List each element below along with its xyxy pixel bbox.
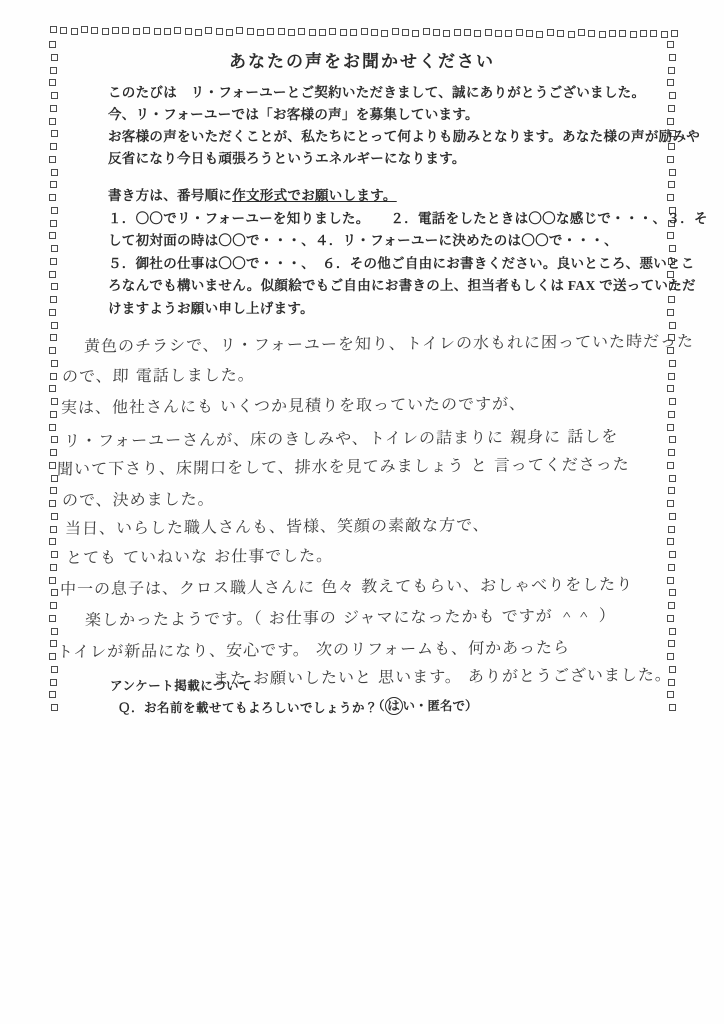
border-square [668, 373, 675, 380]
border-square [412, 30, 419, 37]
border-square [247, 28, 254, 35]
border-square [49, 424, 56, 431]
border-square [392, 28, 399, 35]
border-square [50, 373, 57, 380]
border-square [371, 29, 378, 36]
border-square [329, 28, 336, 35]
border-square [216, 28, 223, 35]
border-square [667, 615, 674, 622]
border-square [668, 640, 675, 647]
border-square [51, 207, 58, 214]
intro-line: お客様の声をいただくことが、私たちにとって何よりも励みとなります。あなた様の声が… [108, 126, 628, 148]
border-square [49, 691, 56, 698]
border-square [49, 385, 56, 392]
border-square [50, 26, 57, 33]
border-square [667, 653, 674, 660]
border-square [669, 513, 676, 520]
border-square [668, 105, 675, 112]
border-square [609, 30, 616, 37]
border-square [630, 31, 637, 38]
handwritten-line: 楽しかったようです。（ お仕事の ジャマになったかも ですが ＾＾ ） [85, 603, 616, 631]
border-square [667, 118, 674, 125]
border-square [195, 29, 202, 36]
border-square [667, 462, 674, 469]
border-square [133, 28, 140, 35]
border-square [257, 29, 264, 36]
border-square [288, 29, 295, 36]
border-square [236, 27, 243, 34]
handwritten-line: また お願いしたいと 思います。 ありがとうございました。 [213, 662, 673, 689]
border-square [667, 577, 674, 584]
border-square [667, 424, 674, 431]
border-square [112, 27, 119, 34]
border-square [49, 538, 56, 545]
border-square [267, 28, 274, 35]
border-square [474, 30, 481, 37]
border-square [526, 30, 533, 37]
border-square [51, 92, 58, 99]
border-square [143, 27, 150, 34]
border-square [49, 653, 56, 660]
border-square [50, 564, 57, 571]
border-square [667, 79, 674, 86]
border-square [485, 29, 492, 36]
border-square [423, 28, 430, 35]
border-square [568, 31, 575, 38]
instructions-line: １．〇〇でリ・フォーユーを知りました。 ２．電話をしたときは〇〇な感じで・・・、… [108, 208, 628, 231]
instructions-lead-underlined: 作文形式でお願いします。 [232, 188, 397, 203]
border-square [49, 232, 56, 239]
border-square [454, 29, 461, 36]
border-square [50, 640, 57, 647]
border-square [50, 220, 57, 227]
form-title: あなたの声をお聞かせください [0, 47, 724, 72]
handwritten-line: 実は、他社さんにも いくつか見積りを取っていたのですが、 [61, 391, 527, 418]
border-square [667, 385, 674, 392]
border-square [619, 30, 626, 37]
border-square [278, 28, 285, 35]
border-square [205, 27, 212, 34]
border-square [51, 360, 58, 367]
border-square [599, 31, 606, 38]
border-square [51, 551, 58, 558]
border-square [443, 30, 450, 37]
border-square [464, 29, 471, 36]
border-square [49, 194, 56, 201]
border-square [51, 589, 58, 596]
survey-publication-label: アンケート掲載について [110, 676, 252, 694]
border-square [50, 411, 57, 418]
border-square [661, 31, 668, 38]
border-square [557, 30, 564, 37]
border-square [51, 513, 58, 520]
intro-line: 反省になり今日も頑張ろうというエネルギーになります。 [108, 148, 628, 170]
border-square [49, 309, 56, 316]
border-square [49, 156, 56, 163]
border-square [669, 589, 676, 596]
instructions-paragraph: 書き方は、番号順に作文形式でお願いします。 １．〇〇でリ・フォーユーを知りました… [108, 185, 628, 320]
border-square [667, 271, 674, 278]
border-square [588, 30, 595, 37]
border-square [667, 194, 674, 201]
handwritten-line: ので、即 電話しました。 [62, 362, 255, 387]
border-square [49, 271, 56, 278]
border-square [669, 322, 676, 329]
border-square [298, 28, 305, 35]
border-square [361, 28, 368, 35]
handwritten-line: リ・フォーユーさんが、床のきしみや、トイレの詰まりに 親身に 話しを [64, 424, 619, 452]
border-square [340, 29, 347, 36]
border-square [50, 143, 57, 150]
border-square [668, 411, 675, 418]
border-square [667, 500, 674, 507]
instructions-line: ５．御社の仕事は〇〇で・・・、 ６．その他ご自由にお書きください。良いところ、悪… [108, 253, 628, 276]
handwritten-line: 聞いて下さり、床開口をして、排水を見てみましょう と 言ってくださった [57, 451, 630, 479]
border-square [667, 156, 674, 163]
border-square [671, 30, 678, 37]
border-square [50, 334, 57, 341]
handwritten-line: トイレが新品になり、安心です。 次のリフォームも、何かあったら [57, 635, 571, 662]
border-square [60, 27, 67, 34]
border-square [49, 118, 56, 125]
border-square [50, 105, 57, 112]
border-square [668, 296, 675, 303]
border-square [402, 29, 409, 36]
border-square [516, 29, 523, 36]
border-square [669, 360, 676, 367]
name-permission-answer: （はい・匿名で） [372, 696, 478, 715]
border-square [495, 30, 502, 37]
border-square [309, 29, 316, 36]
name-permission-question: Ｑ．お名前を載せてもよろしいでしょうか？ [118, 698, 378, 716]
instructions-lead-prefix: 書き方は、番号順に [108, 188, 232, 203]
intro-paragraph: このたびは リ・フォーユーとご契約いただきまして、誠にありがとうございました。 … [108, 82, 628, 170]
border-square [640, 30, 647, 37]
border-square [50, 602, 57, 609]
border-square [49, 462, 56, 469]
handwritten-line: ので、決めました。 [62, 486, 215, 510]
border-square [667, 309, 674, 316]
border-square [49, 347, 56, 354]
border-square [51, 169, 58, 176]
border-square [668, 181, 675, 188]
border-square [50, 679, 57, 686]
border-square [505, 30, 512, 37]
border-square [578, 29, 585, 36]
border-square [669, 436, 676, 443]
border-square [49, 577, 56, 584]
border-square [50, 487, 57, 494]
border-square [122, 27, 129, 34]
border-square [668, 564, 675, 571]
border-square [51, 704, 58, 711]
border-square [668, 526, 675, 533]
instructions-lead: 書き方は、番号順に作文形式でお願いします。 [108, 185, 628, 208]
border-square [668, 602, 675, 609]
border-square [226, 29, 233, 36]
border-square [51, 130, 58, 137]
border-square [51, 398, 58, 405]
intro-line: 今、リ・フォーユーでは「お客様の声」を募集しています。 [108, 104, 628, 126]
border-square [669, 245, 676, 252]
border-square [433, 29, 440, 36]
border-square [669, 92, 676, 99]
instructions-line: ろなんでも構いません。似顔絵でもご自由にお書きの上、担当者もしくは FAX で送… [108, 275, 628, 298]
border-square [51, 628, 58, 635]
border-square [50, 526, 57, 533]
border-square [174, 27, 181, 34]
instructions-line: けますようお願い申し上げます。 [108, 298, 628, 321]
border-square [668, 487, 675, 494]
border-square [50, 449, 57, 456]
border-square [669, 628, 676, 635]
border-square [536, 31, 543, 38]
handwritten-line: 中一の息子は、クロス職人さんに 色々 教えてもらい、おしゃべりをしたり [60, 571, 634, 599]
border-square [669, 551, 676, 558]
border-square [667, 538, 674, 545]
handwritten-line: 黄色のチラシで、リ・フォーユーを知り、トイレの水もれに困っていた時だった [84, 328, 695, 356]
border-square [667, 232, 674, 239]
handwritten-line: 当日、いらした職人さんも、皆様、笑顔の素敵な方で、 [65, 512, 490, 539]
border-square [51, 283, 58, 290]
border-square [185, 28, 192, 35]
answer-prefix: （ [372, 699, 385, 713]
instructions-line: して初対面の時は〇〇で・・・、４．リ・フォーユーに決めたのは〇〇で・・・、 [108, 230, 628, 253]
border-square [51, 436, 58, 443]
border-square [91, 27, 98, 34]
border-square [154, 28, 161, 35]
border-square [547, 29, 554, 36]
border-square [71, 28, 78, 35]
answer-suffix: い・匿名で） [403, 699, 478, 713]
border-square [102, 28, 109, 35]
border-square [49, 79, 56, 86]
border-square [669, 704, 676, 711]
handwritten-line: とても ていねいな お仕事でした。 [66, 543, 334, 568]
border-square [381, 30, 388, 37]
border-square [164, 28, 171, 35]
scanned-questionnaire-page: あなたの声をお聞かせください このたびは リ・フォーユーとご契約いただきまして、… [0, 0, 724, 1024]
border-square [50, 258, 57, 265]
border-square [667, 691, 674, 698]
border-square [50, 296, 57, 303]
border-square [350, 29, 357, 36]
border-square [319, 29, 326, 36]
border-square [81, 26, 88, 33]
border-square [51, 245, 58, 252]
border-square [49, 500, 56, 507]
intro-line: このたびは リ・フォーユーとご契約いただきまして、誠にありがとうございました。 [108, 82, 628, 104]
circled-answer-hai: は [385, 697, 403, 715]
border-square [668, 143, 675, 150]
border-square [669, 398, 676, 405]
border-square [51, 666, 58, 673]
border-square [668, 449, 675, 456]
border-square [650, 30, 657, 37]
border-square [49, 615, 56, 622]
border-square [51, 322, 58, 329]
border-square [669, 475, 676, 482]
border-square [669, 169, 676, 176]
border-square [50, 181, 57, 188]
